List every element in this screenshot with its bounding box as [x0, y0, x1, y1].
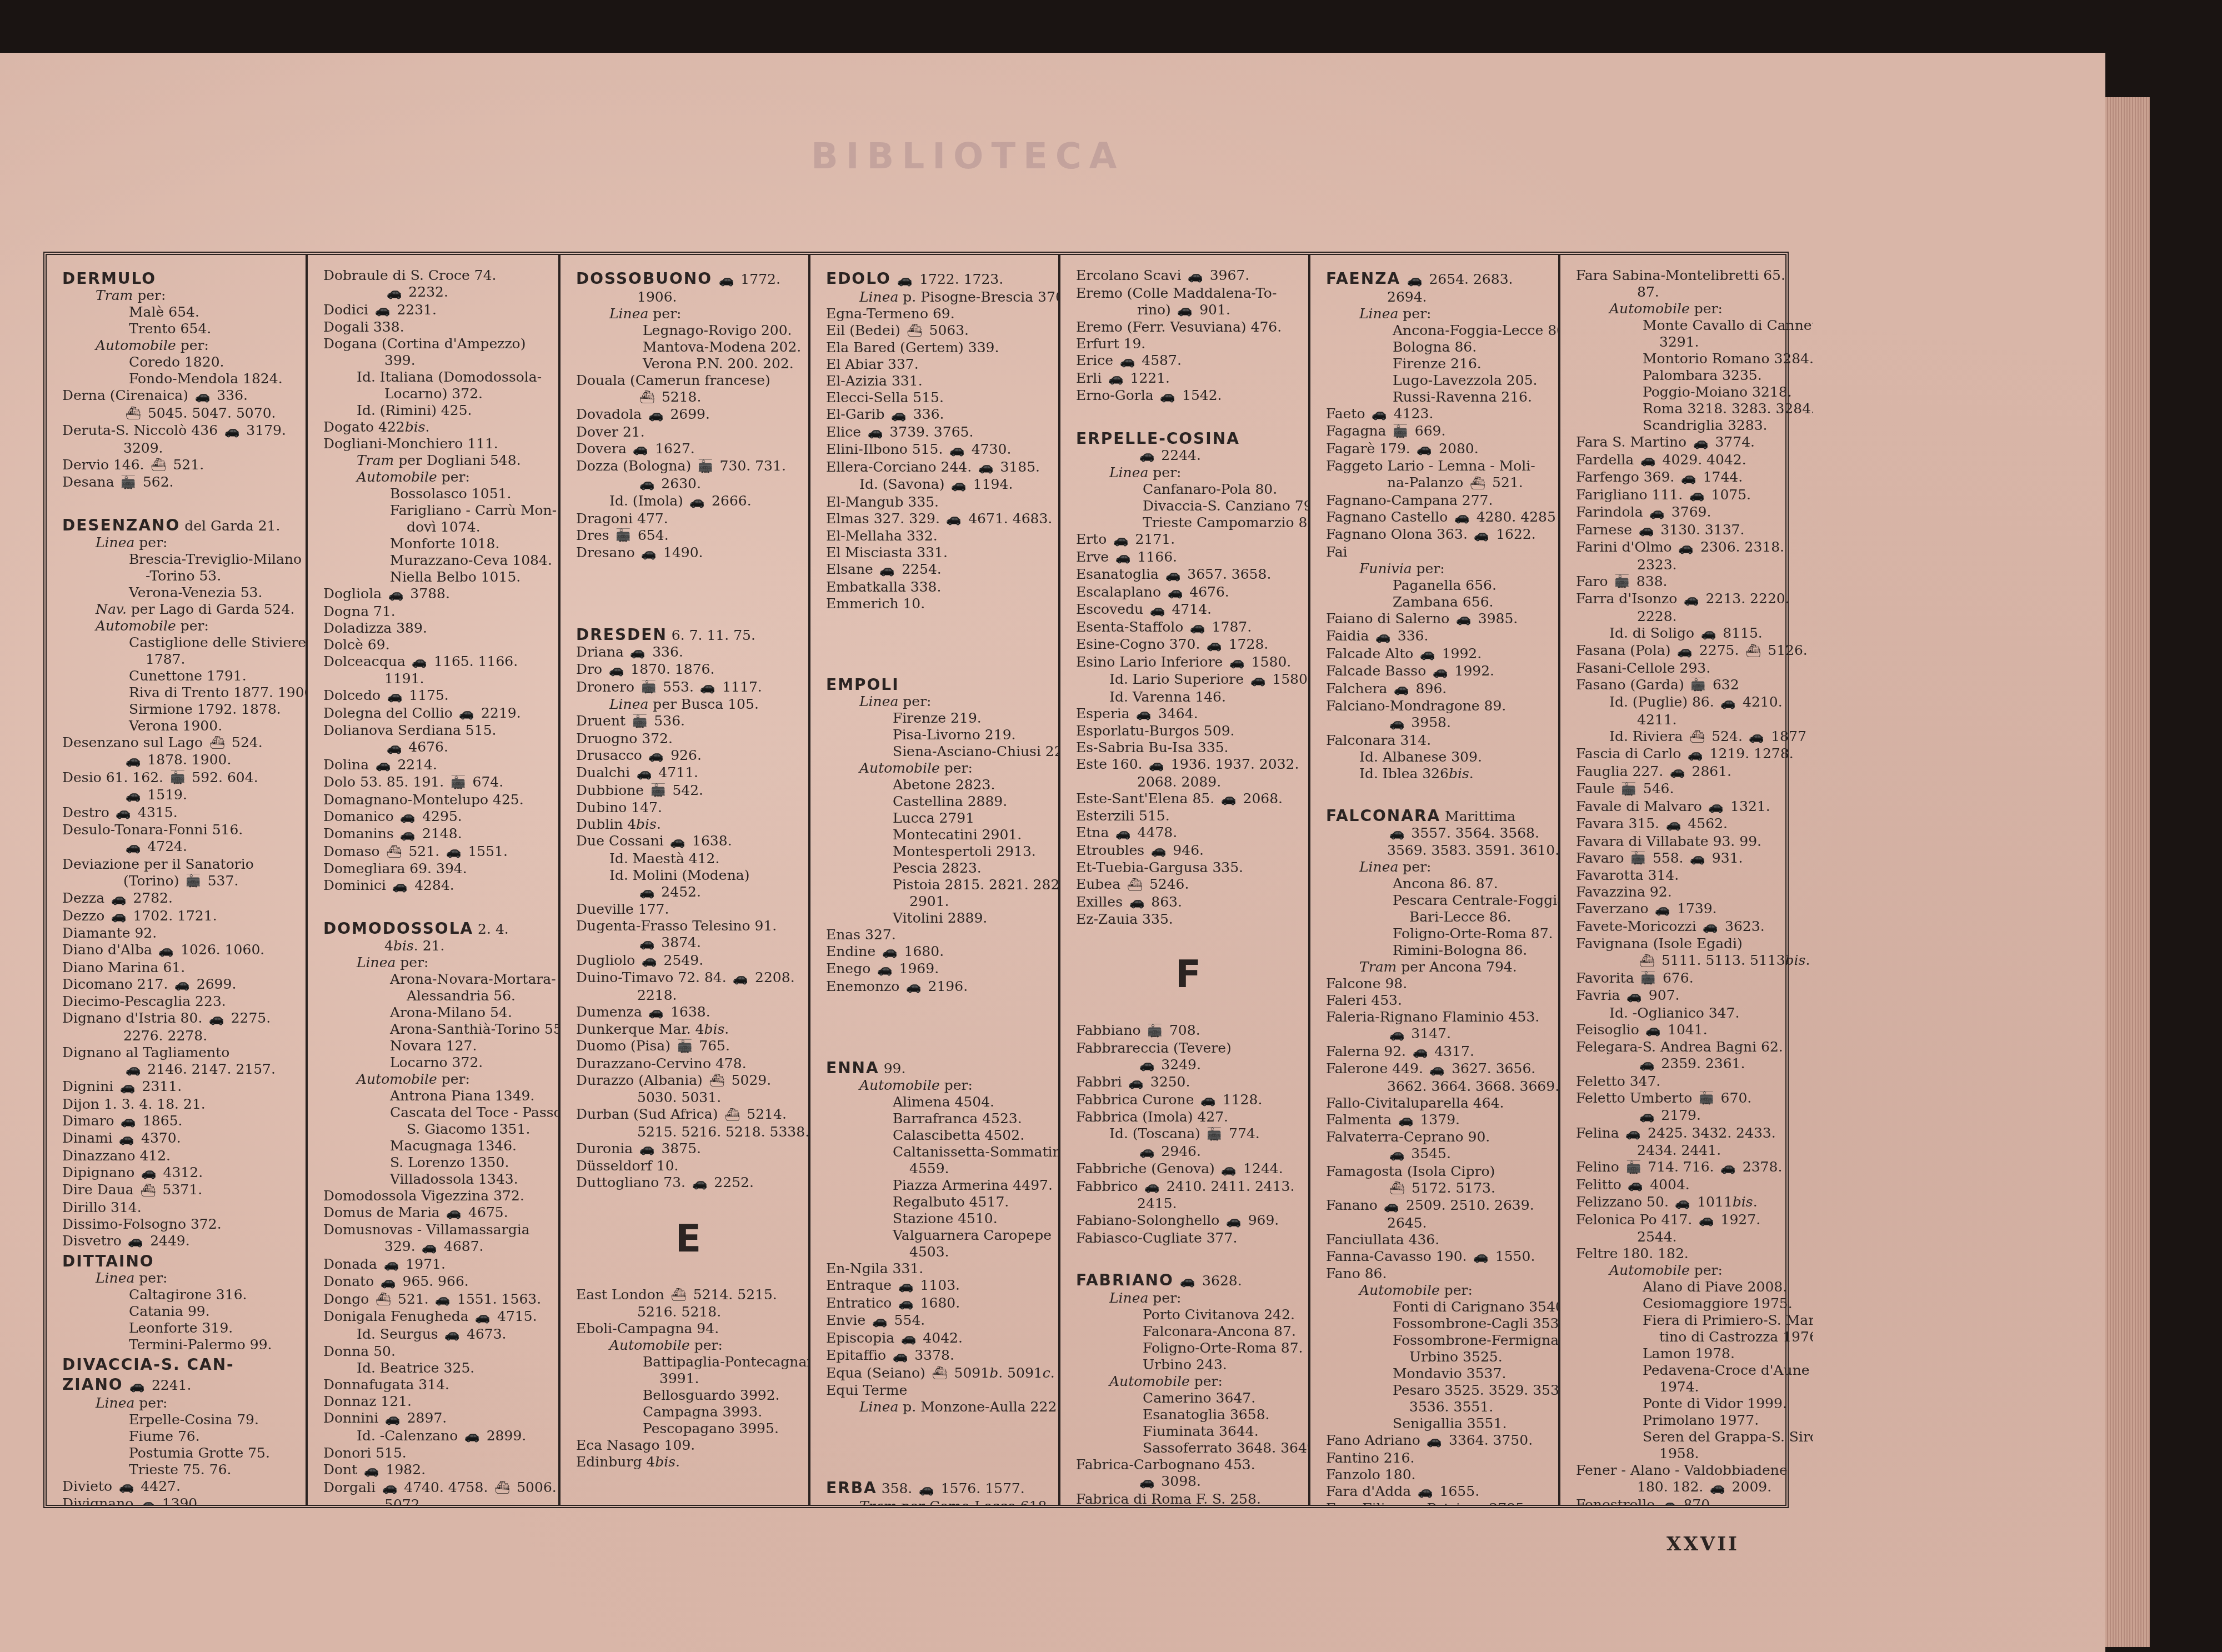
index-entry: Ez-Zauia 335. — [1076, 911, 1300, 928]
station-refs: 3628. — [1174, 1273, 1242, 1289]
service-type-label: Linea — [357, 954, 396, 970]
automobile-service-icon — [412, 654, 427, 670]
service-type-label: bis — [405, 419, 426, 435]
index-entry: Falciano-Mondragone 89. — [1326, 698, 1550, 714]
service-sublabel: Id. Riviera 524. 1877 — [1576, 728, 1805, 746]
destination-entry: Cunettone 1791. — [62, 668, 298, 684]
index-entry: Fasano (Garda) 632 — [1576, 677, 1805, 694]
automobile-service-icon — [1639, 522, 1654, 539]
entry-continuation: 5111. 5113. 5113bis. — [1576, 952, 1805, 970]
index-entry: Donna 50. — [323, 1343, 551, 1360]
entry-continuation: 2359. 2361. — [1576, 1055, 1805, 1073]
index-entry: Fagagna 669. — [1326, 423, 1550, 440]
service-sublabel: Id. -Oglianico 347. — [1576, 1005, 1805, 1022]
index-entry: Feletto Umberto 670. — [1576, 1090, 1805, 1108]
service-sublabel: Id. Lario Superiore 1580. — [1076, 671, 1300, 689]
station-name: ERBA — [826, 1479, 877, 1497]
index-entry: Edinburg 4bis. — [576, 1454, 800, 1470]
automobile-service-icon — [385, 1411, 400, 1428]
automobile-service-icon — [1108, 371, 1123, 387]
automobile-service-icon — [387, 688, 402, 705]
station-name: DOSSOBUONO — [576, 269, 712, 288]
station-heading: EMPOLI — [826, 677, 1050, 693]
service-sublabel: Linea per: — [1076, 1290, 1300, 1306]
index-entry: Eubea 5246. — [1076, 876, 1300, 894]
index-entry: Felitto 4004. — [1576, 1177, 1805, 1194]
destination-entry: Coredo 1820. — [62, 354, 298, 371]
index-entry: Dumenza 1638. — [576, 1004, 800, 1022]
index-entry: Fara S. Martino 3774. — [1576, 434, 1805, 452]
station-refs: 6. 7. 11. 75. — [667, 627, 755, 643]
index-entry: Falcade Basso 1992. — [1326, 663, 1550, 680]
service-sublabel: Linea p. Pisogne-Brescia 370 — [826, 289, 1050, 306]
destination-entry: Locarno 372. — [323, 1054, 551, 1071]
automobile-service-icon — [1670, 764, 1685, 780]
service-type-label: bis — [704, 1021, 725, 1037]
station-name: FAENZA — [1326, 269, 1400, 288]
spacer — [1076, 405, 1300, 427]
index-entry: Famagosta (Isola Cipro) — [1326, 1163, 1550, 1180]
destination-entry: Pistoia 2815. 2821. 2822. — [826, 877, 1050, 893]
destination-entry: Fiume 76. — [62, 1428, 298, 1445]
automobile-service-icon — [1679, 540, 1694, 557]
index-entry: Dugenta-Frasso Telesino 91. — [576, 918, 800, 934]
service-sublabel: Automobile per: — [1576, 1262, 1805, 1279]
automobile-service-icon — [159, 943, 174, 959]
index-entry: Eremo (Ferr. Vesuviana) 476. — [1076, 319, 1300, 336]
destination-entry: Barrafranca 4523. — [826, 1110, 1050, 1127]
page-number: XXVII — [1666, 1533, 1739, 1555]
automobile-service-icon — [642, 545, 657, 562]
destination-entry: Bellosguardo 3992. — [576, 1387, 800, 1404]
index-entry: Falvaterra-Ceprano 90. — [1326, 1129, 1550, 1145]
automobile-service-icon — [459, 705, 474, 722]
destination-entry: Caltanissetta-Sommatino — [826, 1144, 1050, 1160]
index-entry: Dublin 4bis. — [576, 816, 800, 833]
automobile-service-icon — [1427, 1433, 1442, 1450]
automobile-service-icon — [700, 679, 715, 696]
automobile-service-icon — [1139, 1144, 1154, 1160]
automobile-service-icon — [1120, 353, 1135, 370]
automobile-service-icon — [1417, 441, 1432, 458]
index-entry: Enego 1969. — [826, 960, 1050, 978]
service-sublabel: Id. di Soligo 8115. — [1576, 625, 1805, 643]
index-entry: Donori 515. — [323, 1445, 551, 1461]
entry-continuation: 2946. — [1076, 1143, 1300, 1161]
index-entry: Due Cossani 1638. — [576, 833, 800, 850]
index-entry: Dolegna del Collio 2219. — [323, 705, 551, 723]
automobile-service-icon — [690, 494, 705, 510]
automobile-service-icon — [1689, 487, 1704, 504]
station-refs: 1772. — [712, 271, 780, 287]
index-entry: Dro 1870. 1876. — [576, 661, 800, 679]
index-entry: Favria 907. — [1576, 987, 1805, 1005]
navigation-ship-icon — [907, 323, 923, 339]
index-entry: Felonica Po 417. 1927. — [1576, 1212, 1805, 1229]
index-entry: Fagarè 179. 2080. — [1326, 440, 1550, 458]
tramway-icon — [698, 459, 713, 475]
service-sublabel: Linea per: — [1076, 464, 1300, 481]
index-entry: Felizzano 50. 1011bis. — [1576, 1194, 1805, 1212]
index-entry: Donnini 2897. — [323, 1410, 551, 1428]
service-type-label: Automobile — [1609, 301, 1690, 317]
destination-continuation: dovì 1074. — [323, 519, 551, 535]
destination-entry: Valguarnera Caropepe — [826, 1227, 1050, 1244]
destination-entry: Brescia-Treviglio-Milano — [62, 551, 298, 568]
index-entry: Fabrica di Roma F. S. 258. — [1076, 1491, 1300, 1505]
entry-continuation: 3098. — [1076, 1473, 1300, 1491]
entry-continuation: 2244. — [1076, 447, 1300, 465]
navigation-ship-icon — [387, 844, 402, 860]
entry-continuation: 3569. 3583. 3591. 3610. — [1326, 842, 1550, 859]
index-entry: Felina 2425. 3432. 2433. — [1576, 1125, 1805, 1143]
destination-entry: Alimena 4504. — [826, 1094, 1050, 1110]
index-entry: Dogna 71. — [323, 603, 551, 620]
automobile-service-icon — [1129, 894, 1144, 911]
index-entry: Fanciullata 436. — [1326, 1232, 1550, 1248]
index-entry: Doladizza 389. — [323, 620, 551, 637]
index-entry: Dresano 1490. — [576, 544, 800, 562]
index-column-1: DERMULOTram per:Malè 654.Trento 654.Auto… — [47, 255, 308, 1505]
service-sublabel: Id. Maestà 412. — [576, 850, 800, 867]
entry-continuation: 87. — [1576, 284, 1805, 301]
index-entry: Dover 21. — [576, 424, 800, 440]
automobile-service-icon — [388, 587, 403, 603]
service-sublabel: Automobile per: — [826, 760, 1050, 777]
service-type-label: c — [1043, 1365, 1050, 1381]
index-entry: Elecci-Sella 515. — [826, 389, 1050, 406]
index-entry: Fara Filiorum Petri 3785. — [1326, 1500, 1550, 1505]
automobile-service-icon — [1190, 619, 1205, 636]
index-entry: Dogato 422bis. — [323, 419, 551, 435]
destination-entry: Primolano 1977. — [1576, 1412, 1805, 1429]
index-entry: Dolcè 69. — [323, 637, 551, 653]
service-sublabel: Nav. per Lago di Garda 524. — [62, 601, 298, 618]
automobile-service-icon — [126, 1062, 141, 1078]
spacer — [62, 492, 298, 514]
destination-entry: Piazza Armerina 4497. — [826, 1177, 1050, 1194]
automobile-service-icon — [868, 424, 883, 441]
entry-continuation: 1906. — [576, 289, 800, 306]
destination-entry: Vitolini 2889. — [826, 910, 1050, 927]
destination-entry: Siena-Asciano-Chiusi 220. — [826, 743, 1050, 760]
index-entry: Exilles 863. — [1076, 894, 1300, 912]
automobile-service-icon — [901, 1330, 916, 1347]
service-type-label: Funivia — [1359, 560, 1412, 577]
automobile-service-icon — [1398, 1112, 1413, 1129]
index-entry: Fallo-Civitaluparella 464. — [1326, 1095, 1550, 1112]
automobile-service-icon — [1389, 715, 1404, 732]
entry-continuation: 3209. — [62, 440, 298, 457]
service-type-label: Automobile — [357, 469, 437, 485]
service-sublabel: Funivia per: — [1326, 560, 1550, 577]
automobile-service-icon — [1222, 1162, 1237, 1178]
service-type-label: Linea — [1109, 464, 1148, 480]
entry-continuation: 3662. 3664. 3668. 3669. — [1326, 1078, 1550, 1095]
service-type-label: Automobile — [96, 618, 176, 634]
index-entry: Dongo 521. 1551. 1563. — [323, 1291, 551, 1309]
destination-entry: Arona-Milano 54. — [323, 1004, 551, 1021]
entry-continuation: 329. 4687. — [323, 1238, 551, 1256]
service-type-label: b — [989, 1365, 998, 1381]
automobile-service-icon — [609, 662, 624, 679]
index-entry: Fauglia 227. 2861. — [1576, 763, 1805, 781]
automobile-service-icon — [1467, 1501, 1482, 1505]
destination-continuation: -Torino 53. — [62, 568, 298, 584]
index-entry: Dijon 1. 3. 4. 18. 21. — [62, 1096, 298, 1113]
service-type-label: Automobile — [1109, 1373, 1190, 1389]
automobile-service-icon — [1720, 1160, 1735, 1177]
service-sublabel: Tram per Dogliani 548. — [323, 452, 551, 469]
automobile-service-icon — [1474, 527, 1489, 544]
destination-entry: Firenze 216. — [1326, 356, 1550, 372]
automobile-service-icon — [1407, 272, 1422, 289]
service-type-label: Tram — [859, 1498, 897, 1505]
index-entry: Dres 654. — [576, 527, 800, 545]
automobile-service-icon — [880, 562, 895, 579]
index-entry: Domegliara 69. 394. — [323, 860, 551, 877]
index-entry: Epitaffio 3378. — [826, 1347, 1050, 1365]
automobile-service-icon — [1372, 406, 1387, 423]
index-entry: Fanano 2509. 2510. 2639. — [1326, 1197, 1550, 1215]
automobile-service-icon — [898, 1278, 913, 1295]
index-entry: Falconara 314. — [1326, 732, 1550, 749]
automobile-service-icon — [1701, 625, 1716, 642]
index-entry: Farra d'Isonzo 2213. 2220. — [1576, 590, 1805, 608]
automobile-service-icon — [1188, 268, 1203, 285]
index-entry: Farini d'Olmo 2306. 2318. — [1576, 539, 1805, 557]
index-entry: Eremo (Colle Maddalena-To- — [1076, 285, 1300, 302]
index-entry: Dimaro 1865. — [62, 1113, 298, 1130]
service-sublabel: Id. Beatrice 325. — [323, 1360, 551, 1376]
index-entry: Diano d'Alba 1026. 1060. — [62, 942, 298, 959]
entry-continuation: 5072. — [323, 1496, 551, 1505]
index-entry: Dogana (Cortina d'Ampezzo) — [323, 336, 551, 352]
index-entry: Ela Bared (Gertem) 339. — [826, 339, 1050, 356]
automobile-service-icon — [111, 891, 126, 908]
index-column-4: EDOLO 1722. 1723.Linea p. Pisogne-Bresci… — [810, 255, 1060, 1505]
automobile-service-icon — [464, 1428, 479, 1445]
index-entry: Dozza (Bologna) 730. 731. — [576, 458, 800, 475]
service-sublabel: Linea per: — [62, 1270, 298, 1286]
index-entry: Faidia 336. — [1326, 628, 1550, 645]
index-entry: Fara d'Adda 1655. — [1326, 1483, 1550, 1501]
tramway-icon — [1207, 1127, 1222, 1143]
automobile-service-icon — [126, 753, 141, 769]
index-entry: Dignini 2311. — [62, 1078, 298, 1096]
index-entry: Desio 61. 162. 592. 604. — [62, 769, 298, 787]
index-entry: Durban (Sud Africa) 5214. — [576, 1106, 800, 1124]
destination-entry: Fossombrone-Fermignano- — [1326, 1332, 1550, 1349]
destination-entry: Pescara Centrale-Foggia- — [1326, 892, 1550, 909]
tramway-icon — [1691, 677, 1706, 694]
destination-entry: Falconara-Ancona 87. — [1076, 1323, 1300, 1340]
automobile-service-icon — [1160, 388, 1175, 405]
index-entry: Esenta-Staffolo 1787. — [1076, 619, 1300, 637]
automobile-service-icon — [141, 1165, 156, 1182]
tramway-icon — [677, 1039, 692, 1055]
automobile-service-icon — [1165, 567, 1180, 584]
index-entry: Fagnano Olona 363. 1622. — [1326, 526, 1550, 544]
index-entry: Etroubles 946. — [1076, 842, 1300, 860]
index-entry: Divignano 1390. — [62, 1495, 298, 1505]
destination-entry: Bossolasco 1051. — [323, 485, 551, 502]
index-entry: Episcopia 4042. — [826, 1330, 1050, 1348]
automobile-service-icon — [1456, 611, 1471, 628]
station-heading: DERMULO — [62, 271, 298, 287]
entry-continuation: 1191. — [323, 670, 551, 687]
service-sublabel: Linea per: — [576, 306, 800, 322]
destination-entry: Macugnaga 1346. — [323, 1138, 551, 1154]
station-heading: ZIANO 2241. — [62, 1376, 298, 1395]
entry-continuation: 4724. — [62, 838, 298, 856]
entry-continuation: 399. — [323, 352, 551, 369]
automobile-service-icon — [1168, 584, 1183, 601]
index-entry: Enemonzo 2196. — [826, 978, 1050, 996]
automobile-service-icon — [1394, 681, 1409, 698]
automobile-service-icon — [1250, 672, 1265, 689]
destination-continuation: Alessandria 56. — [323, 988, 551, 1004]
navigation-ship-icon — [1639, 953, 1655, 970]
automobile-service-icon — [1693, 435, 1708, 452]
automobile-service-icon — [126, 788, 141, 804]
entry-continuation: 2232. — [323, 284, 551, 302]
automobile-service-icon — [1137, 706, 1152, 723]
station-name: EDOLO — [826, 269, 891, 288]
destination-entry: Cascata del Toce - Passo — [323, 1104, 551, 1121]
station-refs: del Garda 21. — [180, 518, 280, 534]
automobile-service-icon — [1626, 1125, 1641, 1142]
destination-entry: Leonforte 319. — [62, 1320, 298, 1336]
tramway-icon — [1615, 574, 1630, 590]
service-sublabel: Automobile per: — [1326, 1282, 1550, 1299]
spacer — [826, 995, 1050, 1057]
index-entry: Favarotta 314. — [1576, 867, 1805, 884]
entry-continuation: 1878. 1900. — [62, 752, 298, 769]
index-entry: Dolo 53. 85. 191. 674. — [323, 774, 551, 792]
destination-entry: Termini-Palermo 99. — [62, 1336, 298, 1353]
index-entry: Feltre 180. 182. — [1576, 1245, 1805, 1262]
station-name: ERPELLE-COSINA — [1076, 429, 1240, 448]
destination-entry: Trieste 75. 76. — [62, 1461, 298, 1478]
index-entry: Elmas 327. 329. 4671. 4683. — [826, 510, 1050, 528]
index-entry: Favale di Malvaro 1321. — [1576, 798, 1805, 816]
automobile-service-icon — [121, 1113, 136, 1130]
index-entry: Dugliolo 2549. — [576, 952, 800, 970]
entry-continuation: 3147. — [1326, 1025, 1550, 1043]
destination-entry: Scandriglia 3283. — [1576, 417, 1805, 434]
service-type-label: Automobile — [859, 760, 940, 776]
service-sublabel: Linea per: — [1326, 306, 1550, 322]
index-entry: Falerone 449. 3627. 3656. — [1326, 1060, 1550, 1078]
index-entry: Escovedu 4714. — [1076, 601, 1300, 619]
index-entry: Donada 1971. — [323, 1256, 551, 1274]
automobile-service-icon — [195, 388, 210, 405]
station-heading: FAENZA 2654. 2683. — [1326, 271, 1550, 289]
automobile-service-icon — [126, 839, 141, 856]
automobile-service-icon — [111, 908, 126, 925]
index-entry: Etna 4478. — [1076, 824, 1300, 842]
station-name: FALCONARA — [1326, 807, 1440, 825]
service-type-label: Automobile — [859, 1077, 940, 1093]
index-entry: Dissimo-Folsogno 372. — [62, 1216, 298, 1233]
automobile-service-icon — [670, 834, 685, 850]
entry-continuation: 2323. — [1576, 557, 1805, 573]
service-type-label: bis — [636, 816, 657, 832]
index-entry: Desenzano sul Lago 524. — [62, 734, 298, 752]
entry-continuation: 1519. — [62, 787, 298, 804]
destination-entry: Senigallia 3551. — [1326, 1415, 1550, 1432]
index-entry: Ercolano Scavi 3967. — [1076, 267, 1300, 285]
navigation-ship-icon — [1470, 475, 1485, 492]
tramway-icon — [451, 775, 466, 792]
index-entry: Dronero 553. 1117. — [576, 679, 800, 697]
automobile-service-icon — [639, 884, 654, 901]
tramway-icon — [1626, 1160, 1641, 1177]
index-entry: Dubino 147. — [576, 799, 800, 816]
index-entry: Dire Daua 5371. — [62, 1182, 298, 1199]
destination-entry: Foligno-Orte-Roma 87. — [1076, 1340, 1300, 1356]
automobile-service-icon — [1690, 850, 1705, 867]
destination-entry: Calascibetta 4502. — [826, 1127, 1050, 1144]
destination-entry: Monforte 1018. — [323, 535, 551, 552]
automobile-service-icon — [1420, 646, 1435, 663]
service-type-label: bis — [1785, 952, 1806, 968]
destination-entry: Legnago-Rovigo 200. — [576, 322, 800, 339]
automobile-service-icon — [1684, 592, 1699, 608]
index-entry: Es-Sabria Bu-Isa 335. — [1076, 739, 1300, 756]
automobile-service-icon — [1200, 1092, 1215, 1109]
index-entry: Erto 2171. — [1076, 531, 1300, 549]
station-refs: 1722. 1723. — [891, 271, 1003, 287]
index-entry: Dipignano 4312. — [62, 1164, 298, 1182]
index-entry: Duino-Timavo 72. 84. 2208. — [576, 969, 800, 987]
station-name: DRESDEN — [576, 625, 667, 644]
index-entry: Durazzo (Albania) 5029. — [576, 1072, 800, 1090]
service-type-label: Tram — [1359, 959, 1397, 975]
automobile-service-icon — [1433, 664, 1448, 680]
automobile-service-icon — [1151, 843, 1166, 859]
index-entry: Equa (Seiano) 5091b. 5091c. — [826, 1365, 1050, 1383]
automobile-service-icon — [1703, 919, 1718, 935]
automobile-service-icon — [381, 1274, 396, 1291]
index-entry: Falerna 92. 4317. — [1326, 1043, 1550, 1061]
automobile-service-icon — [882, 944, 897, 960]
index-entry: Fano 86. — [1326, 1265, 1550, 1282]
destination-entry: Trento 654. — [62, 321, 298, 337]
index-entry: Domagnano-Montelupo 425. — [323, 792, 551, 808]
station-name: EMPOLI — [826, 675, 899, 694]
service-sublabel: Id. Seurgus 4673. — [323, 1326, 551, 1344]
service-type-label: Automobile — [96, 337, 176, 353]
destination-entry: Arona-Santhià-Torino 55. — [323, 1021, 551, 1038]
index-entry: Durazzano-Cervino 478. — [576, 1055, 800, 1072]
index-entry: Faverzano 1739. — [1576, 900, 1805, 918]
tramway-icon — [1393, 424, 1408, 440]
index-entry: Dezzo 1702. 1721. — [62, 908, 298, 925]
destination-entry: Lucca 2791 — [826, 810, 1050, 827]
index-column-3: DOSSOBUONO 1772.1906.Linea per:Legnago-R… — [560, 255, 810, 1505]
destination-continuation: 3291. — [1576, 334, 1805, 351]
index-entry: Falcone 98. — [1326, 975, 1550, 992]
index-entry: El-Mangub 335. — [826, 494, 1050, 510]
station-heading: DESENZANO del Garda 21. — [62, 517, 298, 534]
automobile-service-icon — [949, 442, 964, 459]
automobile-service-icon — [649, 748, 664, 764]
destination-entry: Caltagirone 316. — [62, 1286, 298, 1303]
index-entry: Esino Lario Inferiore 1580. — [1076, 654, 1300, 672]
navigation-ship-icon — [932, 1365, 948, 1382]
